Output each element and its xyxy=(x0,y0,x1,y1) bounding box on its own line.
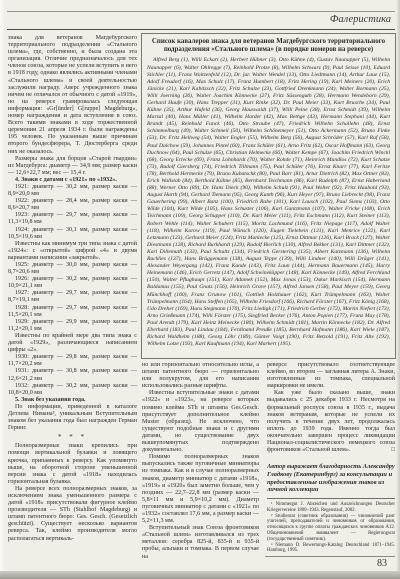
paragraph-muster: Известны вступительные знаки с датами «1… xyxy=(142,390,259,454)
recipients-box-title: Список кавалеров знака для ветеранов Маг… xyxy=(147,38,390,54)
spec-1928: 1928: диаметр — 29,7 мм, размер каски — … xyxy=(8,305,137,319)
note-1924: Известны как минимум три типа знака с да… xyxy=(8,241,137,262)
paragraph-closing: Как уже было сказано выше, знаки выдавал… xyxy=(267,390,395,454)
paragraph-reverse: На реверсе всех полноразмерных знаков, з… xyxy=(8,486,137,543)
end-of-article-mark: □ xyxy=(384,447,395,454)
magazine-page-scan: Фалеристика знака для ветеранов Магдебур… xyxy=(0,0,400,579)
page-number: 83 xyxy=(377,558,387,570)
spec-1927: 1927: диаметр — 29,7 мм, размер каски — … xyxy=(8,290,137,304)
left-column: знака для ветеранов Магдебургского терри… xyxy=(8,35,137,552)
spec-1923: 1923: диаметр — 29,7 мм, размер каски — … xyxy=(8,212,137,226)
section-heading-4: 4. Знаки с датами с «1921» по «1932». xyxy=(8,177,137,184)
recipients-list: Alfred Berg (1), Willi Eckart (2), Herbe… xyxy=(147,57,390,348)
header-bottom-rule xyxy=(7,29,395,30)
scan-edge-bottom xyxy=(0,571,400,579)
section-separator: * * * xyxy=(8,434,137,441)
spec-1929: 1929: диаметр — 29,9 мм, размер каски — … xyxy=(8,319,137,333)
note-1929: Известны по крайней мере два типа знака … xyxy=(8,333,137,354)
middle-column: но или горизонтально относительно иглы, … xyxy=(142,362,259,560)
spec-1932: 1932: диаметр — 30,2 мм, размер каски — … xyxy=(8,383,137,397)
footnote-rule xyxy=(267,498,395,499)
paragraph-sizes: Размеры знака для борцов «Старой гвардии… xyxy=(8,156,137,177)
scan-edge-right xyxy=(396,0,400,579)
header-top-rule xyxy=(7,11,395,12)
paragraph-stamps: но или горизонтально относительно иглы, … xyxy=(142,362,259,390)
paragraph-metals: Вступительный знак Союза фронтовиков «Ст… xyxy=(142,525,259,560)
footnote-2: ² Studienrat (советник образования) — чи… xyxy=(267,514,395,543)
spec-1921: 1921: диаметр — 30,2 мм, размер каски — … xyxy=(8,184,137,198)
spec-1926: 1926: диаметр — 30,2 мм, размер каски — … xyxy=(8,276,137,290)
spec-1931: 1931: диаметр — 30,8 мм, размер каски — … xyxy=(8,368,137,382)
spec-1922: 1922: диаметр — 28,4 мм, размер каски — … xyxy=(8,198,137,212)
recipients-box: Список кавалеров знака для ветеранов Маг… xyxy=(141,33,396,359)
paragraph-closing-text: Как уже было сказано выше, знаки выдавал… xyxy=(267,390,395,453)
spec-1925: 1925: диаметр — 30,0 мм, размер каски — … xyxy=(8,262,137,276)
paragraph-miniatures: Помимо полноразмерных знаков выпускались… xyxy=(142,454,259,525)
footnote-1: ¹ Nimmergut J. Abzeichen und Auszeichnun… xyxy=(267,502,395,514)
author-acknowledgment: Автор выражает благодарность Александру … xyxy=(267,463,395,494)
spec-1930: 1930: диаметр — 29,8 мм, размер каски — … xyxy=(8,354,137,368)
right-column: реверсе присутствовало соответствующее к… xyxy=(267,362,395,568)
paragraph-intro: знака для ветеранов Магдебургского терри… xyxy=(8,35,137,156)
footnote-3: ³ Niemann D. Bewertungs-Katalog Deutschl… xyxy=(267,543,395,555)
spec-1924: 1924: диаметр — 30,1 мм, размер каски — … xyxy=(8,227,137,241)
paragraph-markings: реверсе присутствовало соответствующее к… xyxy=(267,362,395,390)
footer-rule xyxy=(265,556,395,557)
paragraph-pin: Полноразмерные знаки крепились при помощ… xyxy=(8,443,137,486)
running-head: Фалеристика xyxy=(330,14,391,26)
section-heading-5: 5. Знак без указания года. xyxy=(8,397,137,404)
paragraph-no-year: По информации, приведенной в каталоге Де… xyxy=(8,404,137,432)
scan-edge-left xyxy=(0,0,5,579)
